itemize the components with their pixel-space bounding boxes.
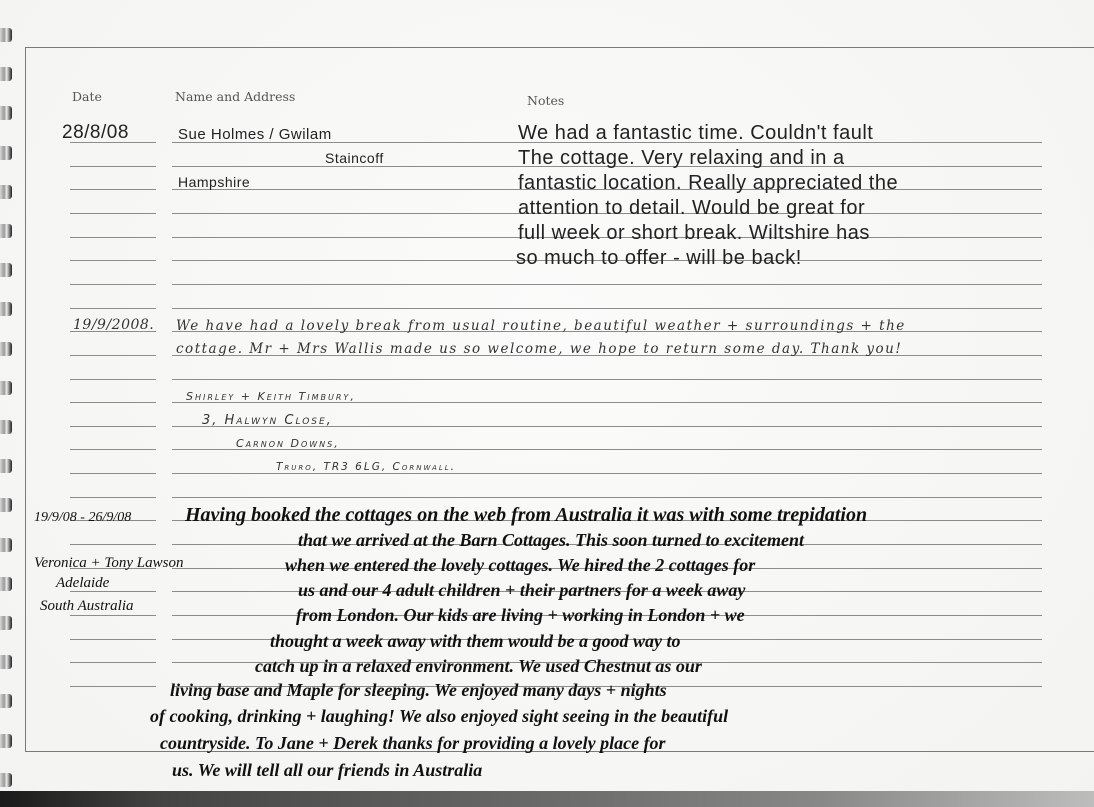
entry-note-line: living base and Maple for sleeping. We e…	[170, 680, 667, 701]
entry-note-line: that we arrived at the Barn Cottages. Th…	[298, 530, 804, 551]
date-rule	[70, 166, 156, 167]
entry-note-line: so much to offer - will be back!	[516, 247, 802, 270]
entry-note-line: us and our 4 adult children + their part…	[298, 580, 745, 601]
entry-date: 19/9/08 - 26/9/08	[34, 510, 131, 526]
spiral-ring	[0, 734, 12, 748]
column-header-name-address: Name and Address	[175, 89, 295, 104]
spiral-ring	[0, 106, 12, 120]
entry-note-line: from London. Our kids are living + worki…	[296, 605, 745, 626]
entry-note-line: us. We will tell all our friends in Aust…	[172, 760, 482, 781]
entry-note-line: attention to detail. Would be great for	[518, 197, 865, 220]
entry-note-line: fantastic location. Really appreciated t…	[518, 172, 898, 195]
spiral-binding	[0, 0, 14, 807]
column-header-date: Date	[72, 89, 102, 104]
entry-date: 19/9/2008.	[73, 317, 154, 333]
entry-address-line: Truro, TR3 6LG, Cornwall.	[276, 461, 456, 473]
entry-name-line: Veronica + Tony Lawson	[34, 555, 183, 572]
spiral-ring	[0, 224, 12, 238]
date-rule	[70, 260, 156, 261]
date-rule	[70, 355, 156, 356]
date-rule	[70, 473, 156, 474]
date-rule	[70, 449, 156, 450]
spiral-ring	[0, 28, 12, 42]
date-rule	[70, 639, 156, 640]
spiral-ring	[0, 655, 12, 669]
date-rule	[70, 402, 156, 403]
entry-note-line: Having booked the cottages on the web fr…	[185, 504, 867, 527]
entry-note-line: when we entered the lovely cottages. We …	[285, 555, 755, 576]
column-header-notes: Notes	[527, 93, 564, 108]
date-rule	[70, 284, 156, 285]
spiral-ring	[0, 263, 12, 277]
entry-note-line: full week or short break. Wiltshire has	[518, 222, 870, 245]
entry-rule	[172, 379, 1042, 380]
spiral-ring	[0, 67, 12, 81]
entry-rule	[172, 284, 1042, 285]
date-rule	[70, 379, 156, 380]
entry-note-line: countryside. To Jane + Derek thanks for …	[160, 733, 666, 754]
date-rule	[70, 686, 156, 687]
spiral-ring	[0, 773, 12, 787]
entry-note-line: thought a week away with them would be a…	[270, 631, 681, 652]
entry-name-line: Staincoff	[325, 150, 384, 166]
entry-address-line: 3, Halwyn Close,	[202, 413, 333, 428]
spiral-ring	[0, 146, 12, 160]
date-rule	[70, 615, 156, 616]
entry-date: 28/8/08	[62, 122, 129, 144]
entry-note-line: cottage. Mr + Mrs Wallis made us so welc…	[176, 341, 902, 357]
entry-note-line: catch up in a relaxed environment. We us…	[255, 656, 702, 677]
entry-note-line: of cooking, drinking + laughing! We also…	[150, 706, 728, 727]
spiral-ring	[0, 185, 12, 199]
date-rule	[70, 662, 156, 663]
date-rule	[70, 308, 156, 309]
spiral-ring	[0, 420, 12, 434]
spiral-ring	[0, 342, 12, 356]
date-rule	[70, 497, 156, 498]
entry-name-line: Sue Holmes / Gwilam	[178, 126, 332, 143]
entry-name-line: Shirley + Keith Timbury,	[186, 390, 356, 403]
spiral-ring	[0, 616, 12, 630]
entry-rule	[172, 473, 1042, 474]
date-rule	[70, 189, 156, 190]
spiral-ring	[0, 694, 12, 708]
scan-edge-shadow	[0, 791, 1094, 807]
date-rule	[70, 213, 156, 214]
entry-note-line: We have had a lovely break from usual ro…	[176, 318, 906, 334]
entry-note-line: The cottage. Very relaxing and in a	[518, 147, 845, 170]
entry-address-line: Adelaide	[56, 575, 109, 592]
date-rule	[70, 237, 156, 238]
spiral-ring	[0, 538, 12, 552]
date-rule	[70, 426, 156, 427]
entry-address-line: Hampshire	[178, 174, 250, 190]
entry-rule	[172, 308, 1042, 309]
spiral-ring	[0, 498, 12, 512]
date-rule	[70, 544, 156, 545]
entry-address-line: Carnon Downs,	[236, 437, 340, 450]
entry-note-line: We had a fantastic time. Couldn't fault	[518, 122, 873, 145]
entry-rule	[172, 497, 1042, 498]
spiral-ring	[0, 459, 12, 473]
spiral-ring	[0, 577, 12, 591]
entry-address-line: South Australia	[40, 598, 134, 615]
spiral-ring	[0, 302, 12, 316]
spiral-ring	[0, 381, 12, 395]
